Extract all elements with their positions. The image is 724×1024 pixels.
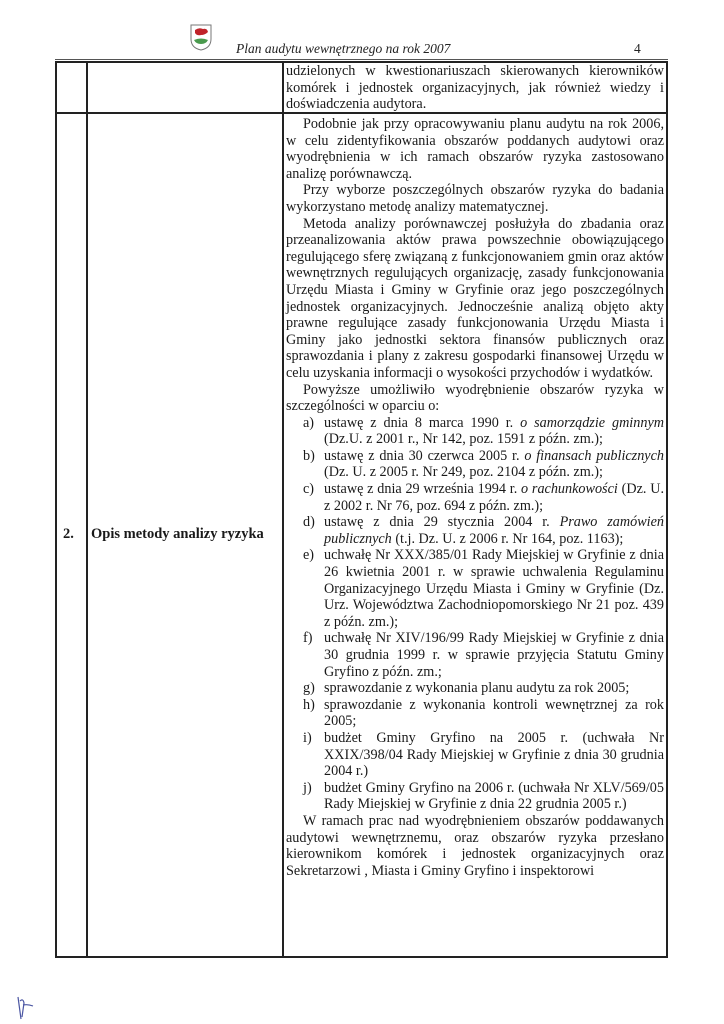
legal-basis-list: a)ustawę z dnia 8 marca 1990 r. o samorz… xyxy=(286,415,664,813)
row-title: Opis metody analizy ryzyka xyxy=(91,526,264,543)
list-item: b)ustawę z dnia 30 czerwca 2005 r. o fin… xyxy=(286,448,664,481)
list-item: h)sprawozdanie z wykonania kontroli wewn… xyxy=(286,697,664,730)
list-item: j)budżet Gminy Gryfino na 2006 r. (uchwa… xyxy=(286,780,664,813)
list-item: e)uchwałę Nr XXX/385/01 Rady Miejskiej w… xyxy=(286,547,664,630)
table-column-divider-2 xyxy=(282,61,284,958)
list-item: c)ustawę z dnia 29 września 1994 r. o ra… xyxy=(286,481,664,514)
paragraph: Metoda analizy porównawczej posłużyła do… xyxy=(286,216,664,382)
plan-table: udzielonych w kwestionariuszach skierowa… xyxy=(55,61,668,958)
table-cell-previous-row: udzielonych w kwestionariuszach skierowa… xyxy=(286,63,664,113)
table-border-left xyxy=(55,61,57,958)
list-item: d)ustawę z dnia 29 stycznia 2004 r. Praw… xyxy=(286,514,664,547)
list-item: i)budżet Gminy Gryfino na 2005 r. (uchwa… xyxy=(286,730,664,780)
list-item: f)uchwałę Nr XIV/196/99 Rady Miejskiej w… xyxy=(286,630,664,680)
paragraph: Podobnie jak przy opracowywaniu planu au… xyxy=(286,116,664,182)
table-border-bottom xyxy=(55,956,668,958)
document-header-title: Plan audytu wewnętrznego na rok 2007 xyxy=(236,41,450,57)
list-item: g)sprawozdanie z wykonania planu audytu … xyxy=(286,680,664,697)
table-column-divider-1 xyxy=(86,61,88,958)
handwritten-initials-icon xyxy=(14,995,36,1021)
previous-row-text: udzielonych w kwestionariuszach skierowa… xyxy=(286,63,664,113)
row-number: 2. xyxy=(63,526,74,543)
page-number: 4 xyxy=(634,41,641,57)
table-cell-risk-method: Podobnie jak przy opracowywaniu planu au… xyxy=(286,116,664,879)
coat-of-arms-icon xyxy=(189,23,213,51)
list-item: a)ustawę z dnia 8 marca 1990 r. o samorz… xyxy=(286,415,664,448)
paragraph: Powyższe umożliwiło wyodrębnienie obszar… xyxy=(286,382,664,415)
table-border-right xyxy=(666,61,668,958)
header-divider xyxy=(55,59,668,60)
closing-paragraph: W ramach prac nad wyodrębnieniem obszaró… xyxy=(286,813,664,879)
paragraph: Przy wyborze poszczególnych obszarów ryz… xyxy=(286,182,664,215)
